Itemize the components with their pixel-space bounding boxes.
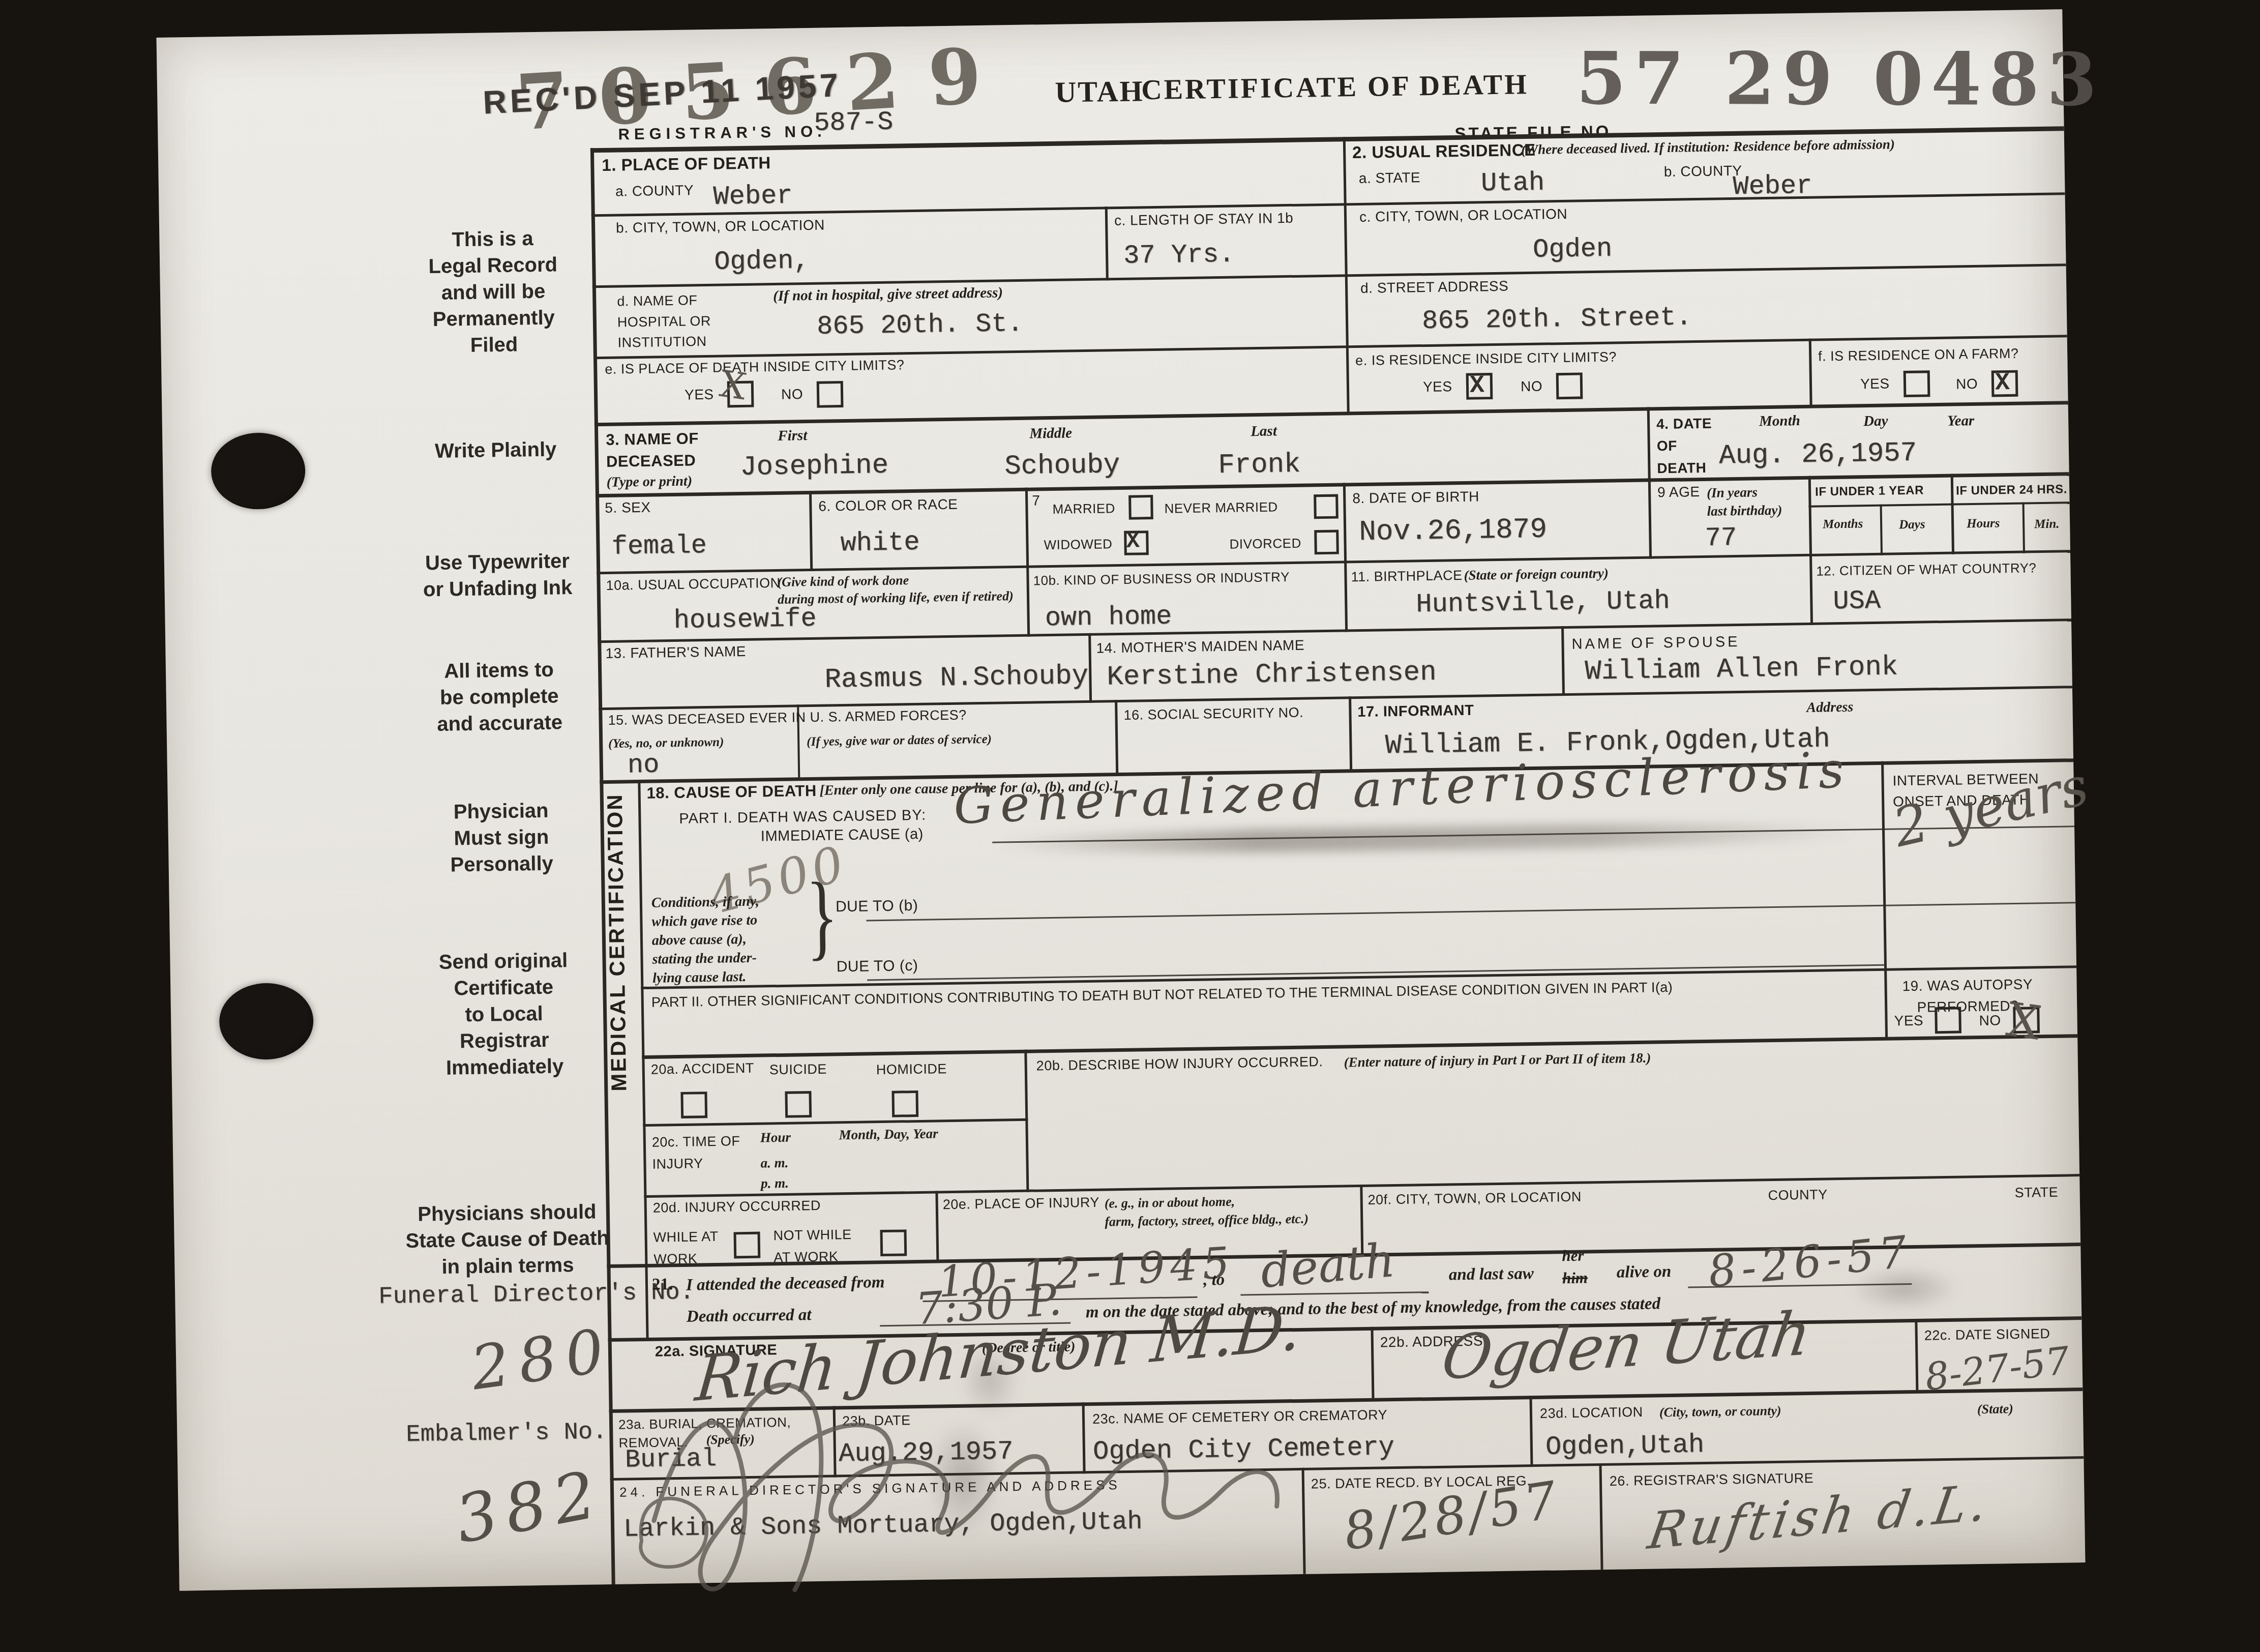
sec14-value: Kerstine Christensen <box>1107 657 1437 693</box>
sec3-note: (Type or print) <box>606 473 692 490</box>
grid-line <box>1599 1463 1603 1570</box>
sec2d-label: d. STREET ADDRESS <box>1360 278 1509 297</box>
sec5-value: female <box>611 530 707 562</box>
sec1e-label: e. IS PLACE OF DEATH INSIDE CITY LIMITS? <box>605 357 905 377</box>
sec4-label: 4. DATE OF DEATH <box>1656 412 1713 480</box>
grid-line <box>1808 476 1812 556</box>
sec11-label: 11. BIRTHPLACE <box>1351 568 1463 585</box>
sec20f-state-label: STATE <box>2014 1185 2058 1201</box>
sec21-text4: alive on <box>1617 1262 1672 1282</box>
sec9-note: (In years last birthday) <box>1707 483 1782 521</box>
sec1c-label: c. LENGTH OF STAY IN 1b <box>1114 210 1294 229</box>
grid-line <box>1648 478 1652 558</box>
grid-line <box>1343 483 1347 563</box>
registrars-no-label: REGISTRAR'S NO. <box>618 122 826 143</box>
sec7-widowed-label: WIDOWED <box>1044 536 1112 553</box>
sec4-day-label: Day <box>1863 413 1888 430</box>
sec6-label: 6. COLOR OR RACE <box>818 496 958 515</box>
grid-line <box>1809 554 1813 625</box>
grid-line <box>594 401 2068 426</box>
sec5-label: 5. SEX <box>605 499 651 516</box>
grid-line <box>2023 503 2025 553</box>
sec15-value: no <box>627 750 659 780</box>
sec2-title: 2. USUAL RESIDENCE <box>1352 140 1536 162</box>
sec3-middle-value: Schouby <box>1004 450 1120 482</box>
sec9-min-label: Min. <box>2034 517 2060 532</box>
sec6-value: white <box>840 527 920 558</box>
sec3-last-label: Last <box>1251 423 1277 440</box>
sec2c-value: Ogden <box>1533 234 1613 265</box>
while-at-work-checkbox <box>734 1232 761 1259</box>
grid-line <box>1026 566 1030 637</box>
sec8-value: Nov.26,1879 <box>1359 513 1548 548</box>
sec9-hours-label: Hours <box>1967 516 2000 531</box>
sec20c-am-label: a. m. <box>760 1155 788 1171</box>
sec2c-label: c. CITY, TOWN, OR LOCATION <box>1359 206 1568 225</box>
sec20d-label: 20d. INJURY OCCURRED <box>653 1198 821 1216</box>
sec2e-no-label: NO <box>1521 378 1542 395</box>
sec10a-note: (Give kind of work done during most of w… <box>777 570 1014 608</box>
sec18-conditions-note: Conditions, if any, which gave rise to a… <box>651 893 761 988</box>
sec15-note1: (Yes, no, or unknown) <box>608 735 724 751</box>
sec21-text3: and last saw <box>1449 1264 1534 1284</box>
grid-line <box>1809 501 2070 508</box>
sec15-label: 15. WAS DECEASED EVER IN U. S. ARMED FOR… <box>608 707 967 728</box>
sec1b-value: Ogden, <box>714 246 810 277</box>
sec23d-note: (City, town, or county) <box>1659 1403 1781 1421</box>
sec15-note2: (If yes, give war or dates of service) <box>807 732 992 749</box>
homicide-checkbox <box>891 1090 918 1117</box>
sec20b-label: 20b. DESCRIBE HOW INJURY OCCURRED. <box>1036 1054 1323 1074</box>
sec2b-label: b. COUNTY <box>1664 163 1742 180</box>
sec20d-while-label: WHILE AT WORK <box>653 1226 719 1271</box>
cause-line-b <box>866 902 2075 921</box>
sec7-divorced-label: DIVORCED <box>1229 536 1301 552</box>
sec4-month-label: Month <box>1759 412 1800 430</box>
sec18-label: 18. CAUSE OF DEATH <box>646 782 816 803</box>
sec2e-yes-label: YES <box>1423 378 1452 395</box>
sec20c-mdy-label: Month, Day, Year <box>839 1126 938 1143</box>
punch-hole-bottom <box>219 983 314 1060</box>
sec20a-label: 20a. ACCIDENT <box>651 1060 755 1078</box>
sec20a-homicide-label: HOMICIDE <box>876 1061 947 1078</box>
sec2f-label: f. IS RESIDENCE ON A FARM? <box>1818 346 2019 365</box>
sec18-part1-label: PART I. DEATH WAS CAUSED BY: <box>679 807 926 828</box>
sec21-text2: , to <box>1203 1271 1225 1290</box>
sec23d-value: Ogden,Utah <box>1545 1430 1705 1462</box>
sec9-label: 9 AGE <box>1657 484 1700 500</box>
sec2f-no-check-mark: X <box>1995 369 2010 397</box>
sec2b-value: Weber <box>1733 171 1812 202</box>
sec10b-value: own home <box>1045 601 1172 633</box>
grid-line <box>1809 339 1812 407</box>
grid-line <box>643 1118 1028 1127</box>
embalmers-no-value: 382 <box>450 1456 610 1558</box>
sec16-label: 16. SOCIAL SECURITY NO. <box>1123 705 1303 723</box>
sec22c-label: 22c. DATE SIGNED <box>1924 1326 2050 1344</box>
sec18-part2-label: PART II. OTHER SIGNIFICANT CONDITIONS CO… <box>651 979 1673 1011</box>
sec1d-value: 865 20th. St. <box>817 309 1024 342</box>
suicide-checkbox <box>785 1091 812 1118</box>
sec1e-no-label: NO <box>781 386 803 403</box>
sec3-first-label: First <box>778 427 808 445</box>
grid-line <box>1115 700 1118 775</box>
sec4-value: Aug. 26,1957 <box>1719 438 1917 472</box>
sec21-him: him <box>1562 1268 1588 1287</box>
sec18-due-c-label: DUE TO (c) <box>837 957 918 976</box>
grid-line <box>592 263 2066 288</box>
sec8-label: 8. DATE OF BIRTH <box>1352 488 1479 507</box>
sec7-num: 7 <box>1032 492 1040 509</box>
sec7-never-checkbox <box>1314 494 1339 519</box>
sec20e-label: 20e. PLACE OF INJURY <box>943 1195 1100 1213</box>
sec21-to-value: death <box>1259 1233 1397 1299</box>
sec20b-note: (Enter nature of injury in Part I or Par… <box>1344 1050 1651 1071</box>
certificate-title-utah: UTAH <box>1055 74 1144 109</box>
sec2f-yes-checkbox <box>1904 370 1930 397</box>
sec23d-label: 23d. LOCATION <box>1540 1404 1643 1422</box>
conditions-brace: } <box>806 861 839 972</box>
sec20e-note: (e. g., in or about home, farm, factory,… <box>1105 1192 1309 1232</box>
grid-line <box>1561 626 1565 696</box>
sec2e-no-checkbox <box>1556 372 1583 399</box>
medical-certification-sidebar: MEDICAL CERTIFICATION <box>603 793 632 1091</box>
sec3-title: 3. NAME OF DECEASED <box>606 427 699 473</box>
sec14-label: 14. MOTHER'S MAIDEN NAME <box>1096 637 1304 657</box>
grid-line <box>1105 206 1109 280</box>
sec2e-yes-check-mark: X <box>1470 372 1485 399</box>
sec1a-label: a. COUNTY <box>615 182 694 199</box>
grid-line <box>1881 761 1888 1040</box>
sec19-no-label: NO <box>1979 1012 2001 1029</box>
sec7-widowed-check-mark: X <box>1126 528 1140 554</box>
sec13-value: Rasmus N.Schouby <box>824 661 1088 696</box>
grid-line <box>1951 474 1954 554</box>
sec2a-label: a. STATE <box>1359 169 1421 187</box>
sec18-immediate-label: IMMEDIATE CAUSE (a) <box>761 826 924 845</box>
sec13-label: 13. FATHER'S NAME <box>605 643 746 662</box>
sec11-value: Huntsville, Utah <box>1416 586 1670 619</box>
grid-line <box>591 192 2065 217</box>
grid-line <box>809 491 813 571</box>
sec23d-state-note: (State) <box>1977 1401 2013 1417</box>
sec11-note: (State or foreign country) <box>1464 566 1609 583</box>
sec21-her: her <box>1562 1247 1584 1265</box>
sec20a-suicide-label: SUICIDE <box>769 1061 827 1078</box>
registrars-no-value: 587-S <box>814 107 894 138</box>
sec20f-county-label: COUNTY <box>1768 1187 1827 1203</box>
sec10b-label: 10b. KIND OF BUSINESS OR INDUSTRY <box>1033 569 1290 588</box>
sec14b-label: NAME OF SPOUSE <box>1571 634 1740 653</box>
sec14b-value: William Allen Fronk <box>1585 652 1898 687</box>
sec10a-value: housewife <box>673 604 817 636</box>
sec1-title: 1. PLACE OF DEATH <box>602 153 771 175</box>
margin-plain-terms-note: Physicians should State Cause of Death i… <box>339 1197 676 1282</box>
certificate-paper: 705629 REC'D SEP 11 1957 REGISTRAR'S NO.… <box>157 9 2086 1590</box>
sec1e-no-checkbox <box>817 381 844 408</box>
grid-line <box>598 618 2071 643</box>
accident-checkbox <box>680 1091 707 1118</box>
state-file-number-stamp: 57 29 0483 <box>1576 36 2105 122</box>
embalmers-no-label: Embalmer's No. <box>406 1419 607 1449</box>
sec12-value: USA <box>1833 586 1881 616</box>
margin-typewriter-note: Use Typewriter or Unfading Ink <box>340 547 656 604</box>
sec9-days-label: Days <box>1899 517 1925 532</box>
sec9-under1yr-label: IF UNDER 1 YEAR <box>1815 484 1924 499</box>
sec18-due-b-label: DUE TO (b) <box>836 897 918 916</box>
sec20c-label: 20c. TIME OF INJURY <box>652 1130 741 1175</box>
grid-line <box>1344 560 1348 632</box>
grid-line <box>1349 696 1352 772</box>
margin-legal-record-note: This is a Legal Record and will be Perma… <box>335 224 652 361</box>
sec1c-value: 37 Yrs. <box>1123 240 1235 271</box>
sec20d-notwhile-label: NOT WHILE AT WORK <box>773 1224 852 1269</box>
sec1e-yes-label: YES <box>685 387 714 403</box>
sec21-num: 21. <box>652 1275 673 1294</box>
sec20c-hour-label: Hour <box>760 1130 791 1146</box>
sec3-last-value: Fronk <box>1218 449 1301 481</box>
sec10a-label: 10a. USUAL OCCUPATION <box>606 575 781 594</box>
sec20f-label: 20f. CITY, TOWN, OR LOCATION <box>1367 1189 1582 1208</box>
sec2a-value: Utah <box>1481 168 1545 199</box>
sec2f-yes-label: YES <box>1860 375 1890 392</box>
grid-line <box>935 1191 939 1262</box>
sec7-married-label: MARRIED <box>1052 500 1115 517</box>
grid-line <box>1915 1319 1918 1393</box>
sec17-address-label: Address <box>1806 699 1853 716</box>
sec20c-pm-label: p. m. <box>761 1175 789 1192</box>
grid-line <box>1529 1396 1533 1467</box>
state-file-label: STATE FILE NO. <box>1454 122 1618 143</box>
sec2e-label: e. IS RESIDENCE INSIDE CITY LIMITS? <box>1355 349 1617 369</box>
sec26-label: 26. REGISTRAR'S SIGNATURE <box>1610 1470 1814 1489</box>
certificate-title-main: CERTIFICATE OF DEATH <box>1141 68 1529 106</box>
sec21-text1: I attended the deceased from <box>686 1273 885 1295</box>
scanned-death-certificate: 705629 REC'D SEP 11 1957 REGISTRAR'S NO.… <box>0 0 2260 1652</box>
sec4-year-label: Year <box>1947 412 1975 430</box>
funeral-directors-no-label: Funeral Director's No. <box>378 1277 643 1314</box>
sec1d-note: (If not in hospital, give street address… <box>773 284 1003 305</box>
grid-line <box>1088 633 1092 703</box>
sec3-middle-label: Middle <box>1029 425 1072 442</box>
grid-line <box>1025 488 1029 568</box>
sec19-no-check-mark: X <box>2003 992 2044 1051</box>
sec2f-no-label: NO <box>1956 376 1978 393</box>
sec2d-value: 865 20th. Street. <box>1422 302 1692 336</box>
punch-hole-top <box>211 432 306 510</box>
grid-line <box>1024 1050 1029 1192</box>
sec7-never-label: NEVER MARRIED <box>1164 499 1278 516</box>
grid-line <box>1647 407 1651 481</box>
sec21-text5: Death occurred at <box>687 1306 812 1326</box>
sec1a-value: Weber <box>713 181 793 212</box>
sec7-married-checkbox <box>1128 495 1153 520</box>
not-while-at-work-checkbox <box>880 1229 907 1256</box>
sec17-label: 17. INFORMANT <box>1357 702 1474 721</box>
sec12-label: 12. CITIZEN OF WHAT COUNTRY? <box>1816 560 2036 579</box>
sec19-yes-checkbox <box>1935 1007 1961 1034</box>
sec1d-label: d. NAME OF HOSPITAL OR INSTITUTION <box>617 290 711 353</box>
sec9-under24-label: IF UNDER 24 HRS. <box>1956 482 2067 498</box>
sec1b-label: b. CITY, TOWN, OR LOCATION <box>616 217 825 237</box>
sec3-first-value: Josephine <box>740 450 889 483</box>
funeral-directors-no-value: 280 <box>467 1315 617 1404</box>
sec9-months-label: Months <box>1823 517 1863 532</box>
sec19-yes-label: YES <box>1894 1013 1923 1029</box>
grid-line <box>1880 505 1883 555</box>
sec7-divorced-checkbox <box>1314 530 1339 555</box>
sec9-value: 77 <box>1705 523 1737 553</box>
